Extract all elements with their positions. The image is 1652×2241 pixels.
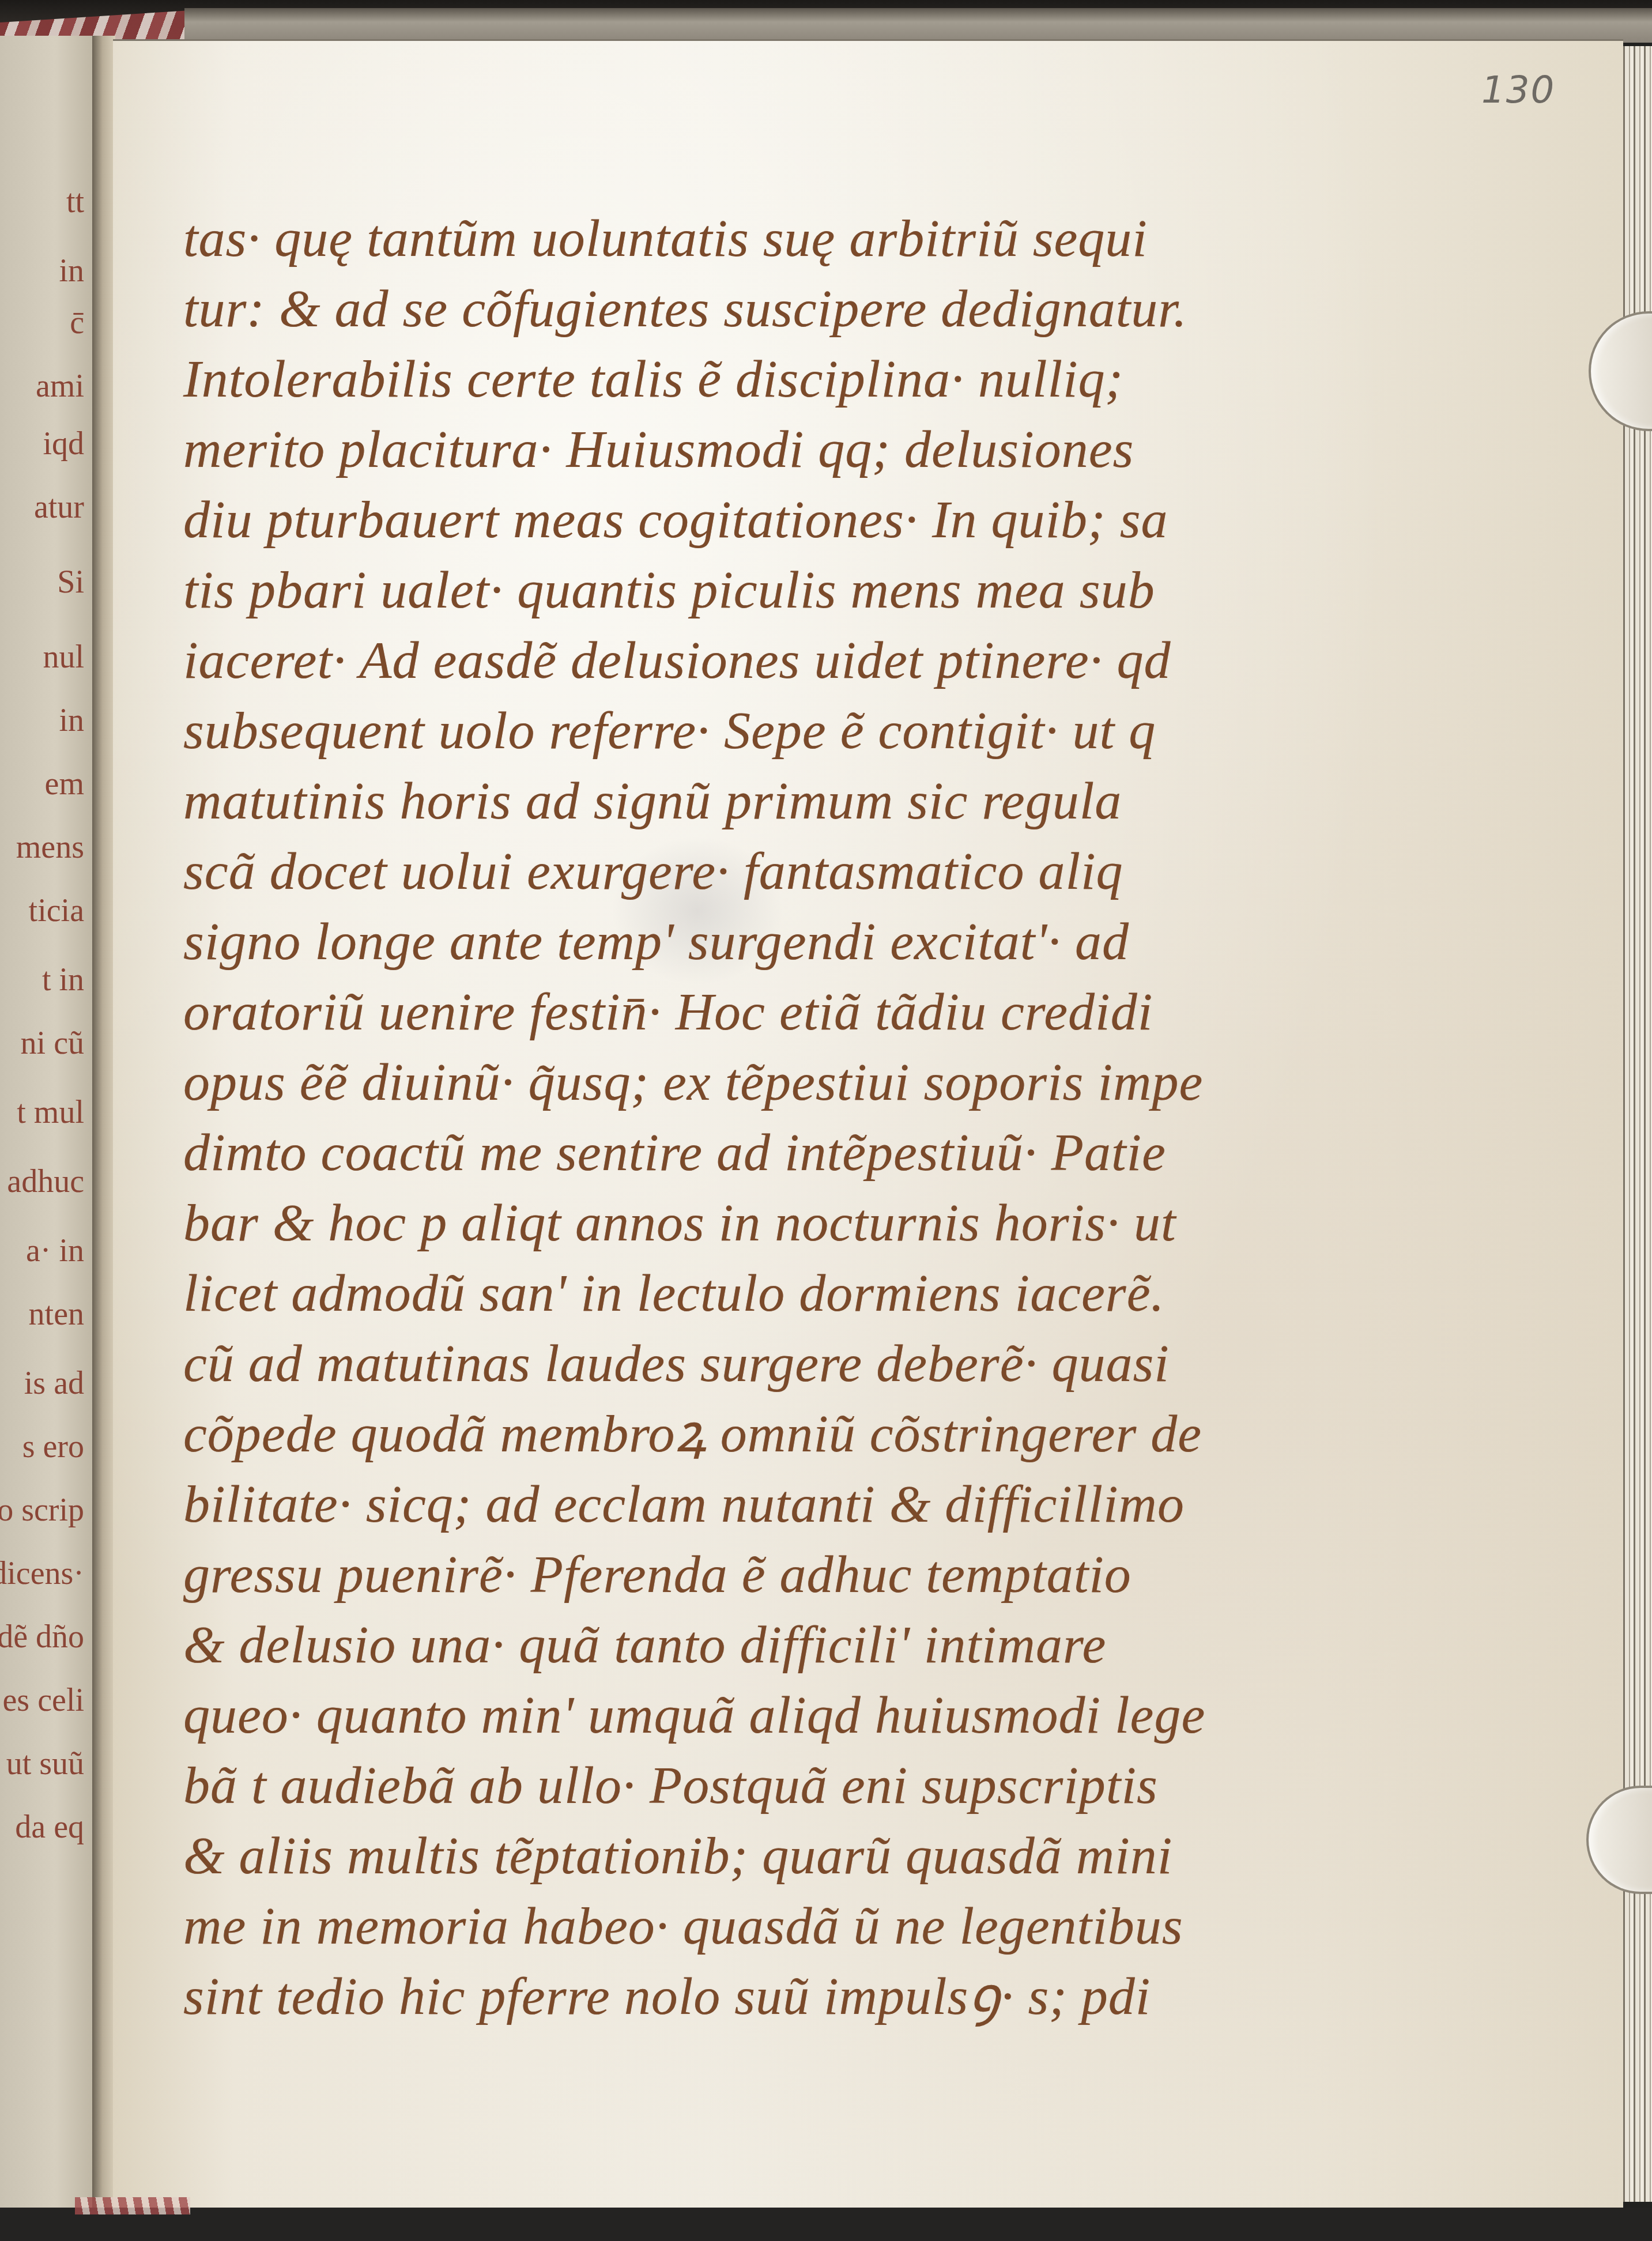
text-line: bilitate· sicq; ad ecclam nutanti & diff… [183,1469,1336,1539]
book-top-edge [184,8,1652,43]
text-line: matutinis horis ad signũ primum sic regu… [183,765,1336,836]
text-line: sint tedio hic pferre nolo suũ impulsꝯ· … [183,1961,1336,2031]
facing-line: tt [66,186,84,218]
text-line: tis pbari ualet· quantis piculis mens me… [183,554,1336,625]
facing-line: atur [34,491,84,523]
facing-line: nten [29,1298,84,1330]
facing-page-verso: tt in c̄ ami iqd atur Si nul in em mens … [0,36,93,2209]
facing-line: Si [57,566,84,598]
book-bottom-edge [0,2208,1652,2241]
text-line: diu pturbauert meas cogitationes· In qui… [183,484,1336,554]
text-line: subsequent uolo referre· Sepe ẽ contigit… [183,695,1336,765]
facing-line: c̄ [70,307,84,339]
text-line: opus ẽẽ diuinũ· q̃usq; ex tẽpestiui sopo… [183,1047,1336,1117]
facing-line: o scrip [0,1494,84,1526]
text-line: tur: & ad se cõfugientes suscipere dedig… [183,273,1336,344]
text-line: oratoriũ uenire festin̄· Hoc etiã tãdiu … [183,976,1336,1047]
text-line: cũ ad matutinas laudes surgere deberẽ· q… [183,1328,1336,1398]
text-line: & aliis multis tẽptationib; quarũ quasdã… [183,1820,1336,1891]
facing-line: ticia [29,895,84,927]
text-line: scã docet uolui exurgere· fantasmatico a… [183,836,1336,906]
facing-line: dicens· [0,1557,84,1590]
text-line: Intolerabilis certe talis ẽ disciplina· … [183,344,1336,414]
facing-line: nul [43,641,84,673]
facing-line: adhuc [7,1165,84,1198]
facing-line: t in [42,964,84,996]
facing-line: iqd [43,428,84,460]
facing-line: t mul [17,1096,84,1129]
facing-line: mens [16,831,84,863]
facing-line: in [59,704,84,737]
facing-line: da eq [15,1811,84,1843]
text-line: queo· quanto min' umquã aliqd huiusmodi … [183,1680,1336,1750]
facing-line: ni cũ [21,1027,84,1059]
text-line: iaceret· Ad easdẽ delusiones uidet ptine… [183,625,1336,695]
facing-line: ami [36,370,84,402]
text-line: gressu puenirẽ· Pferenda ẽ adhuc temptat… [183,1539,1336,1609]
text-line: & delusio una· quã tanto difficili' inti… [183,1609,1336,1680]
facing-line: s ero [22,1431,84,1463]
facing-line: a· in [26,1235,84,1267]
headband-bottom [75,2197,190,2214]
text-line: dimto coactũ me sentire ad intẽpestiuũ· … [183,1117,1336,1187]
facing-line: em [45,768,84,800]
facing-line: in [59,255,84,287]
book-gutter [92,36,115,2209]
facing-line: ut suũ [6,1748,84,1780]
text-line: tas· quę tantũm uoluntatis suę arbitriũ … [183,203,1336,273]
manuscript-text-block: tas· quę tantũm uoluntatis suę arbitriũ … [183,203,1336,2031]
text-line: cõpede quodã membroꝝ omniũ cõstringerer … [183,1398,1336,1469]
text-line: bã t audiebã ab ullo· Postquã eni supscr… [183,1750,1336,1820]
facing-line: is ad [24,1367,84,1399]
text-line: signo longe ante temp' surgendi excitat'… [183,906,1336,976]
text-line: bar & hoc p aliqt annos in nocturnis hor… [183,1187,1336,1258]
facing-line: es celi [3,1684,84,1716]
folio-number: 130 [1481,69,1555,112]
text-line: merito placitura· Huiusmodi qq; delusion… [183,414,1336,484]
text-line: licet admodũ san' in lectulo dormiens ia… [183,1258,1336,1328]
text-line: me in memoria habeo· quasdã ũ ne legenti… [183,1891,1336,1961]
facing-line: dẽ dño [0,1621,84,1653]
